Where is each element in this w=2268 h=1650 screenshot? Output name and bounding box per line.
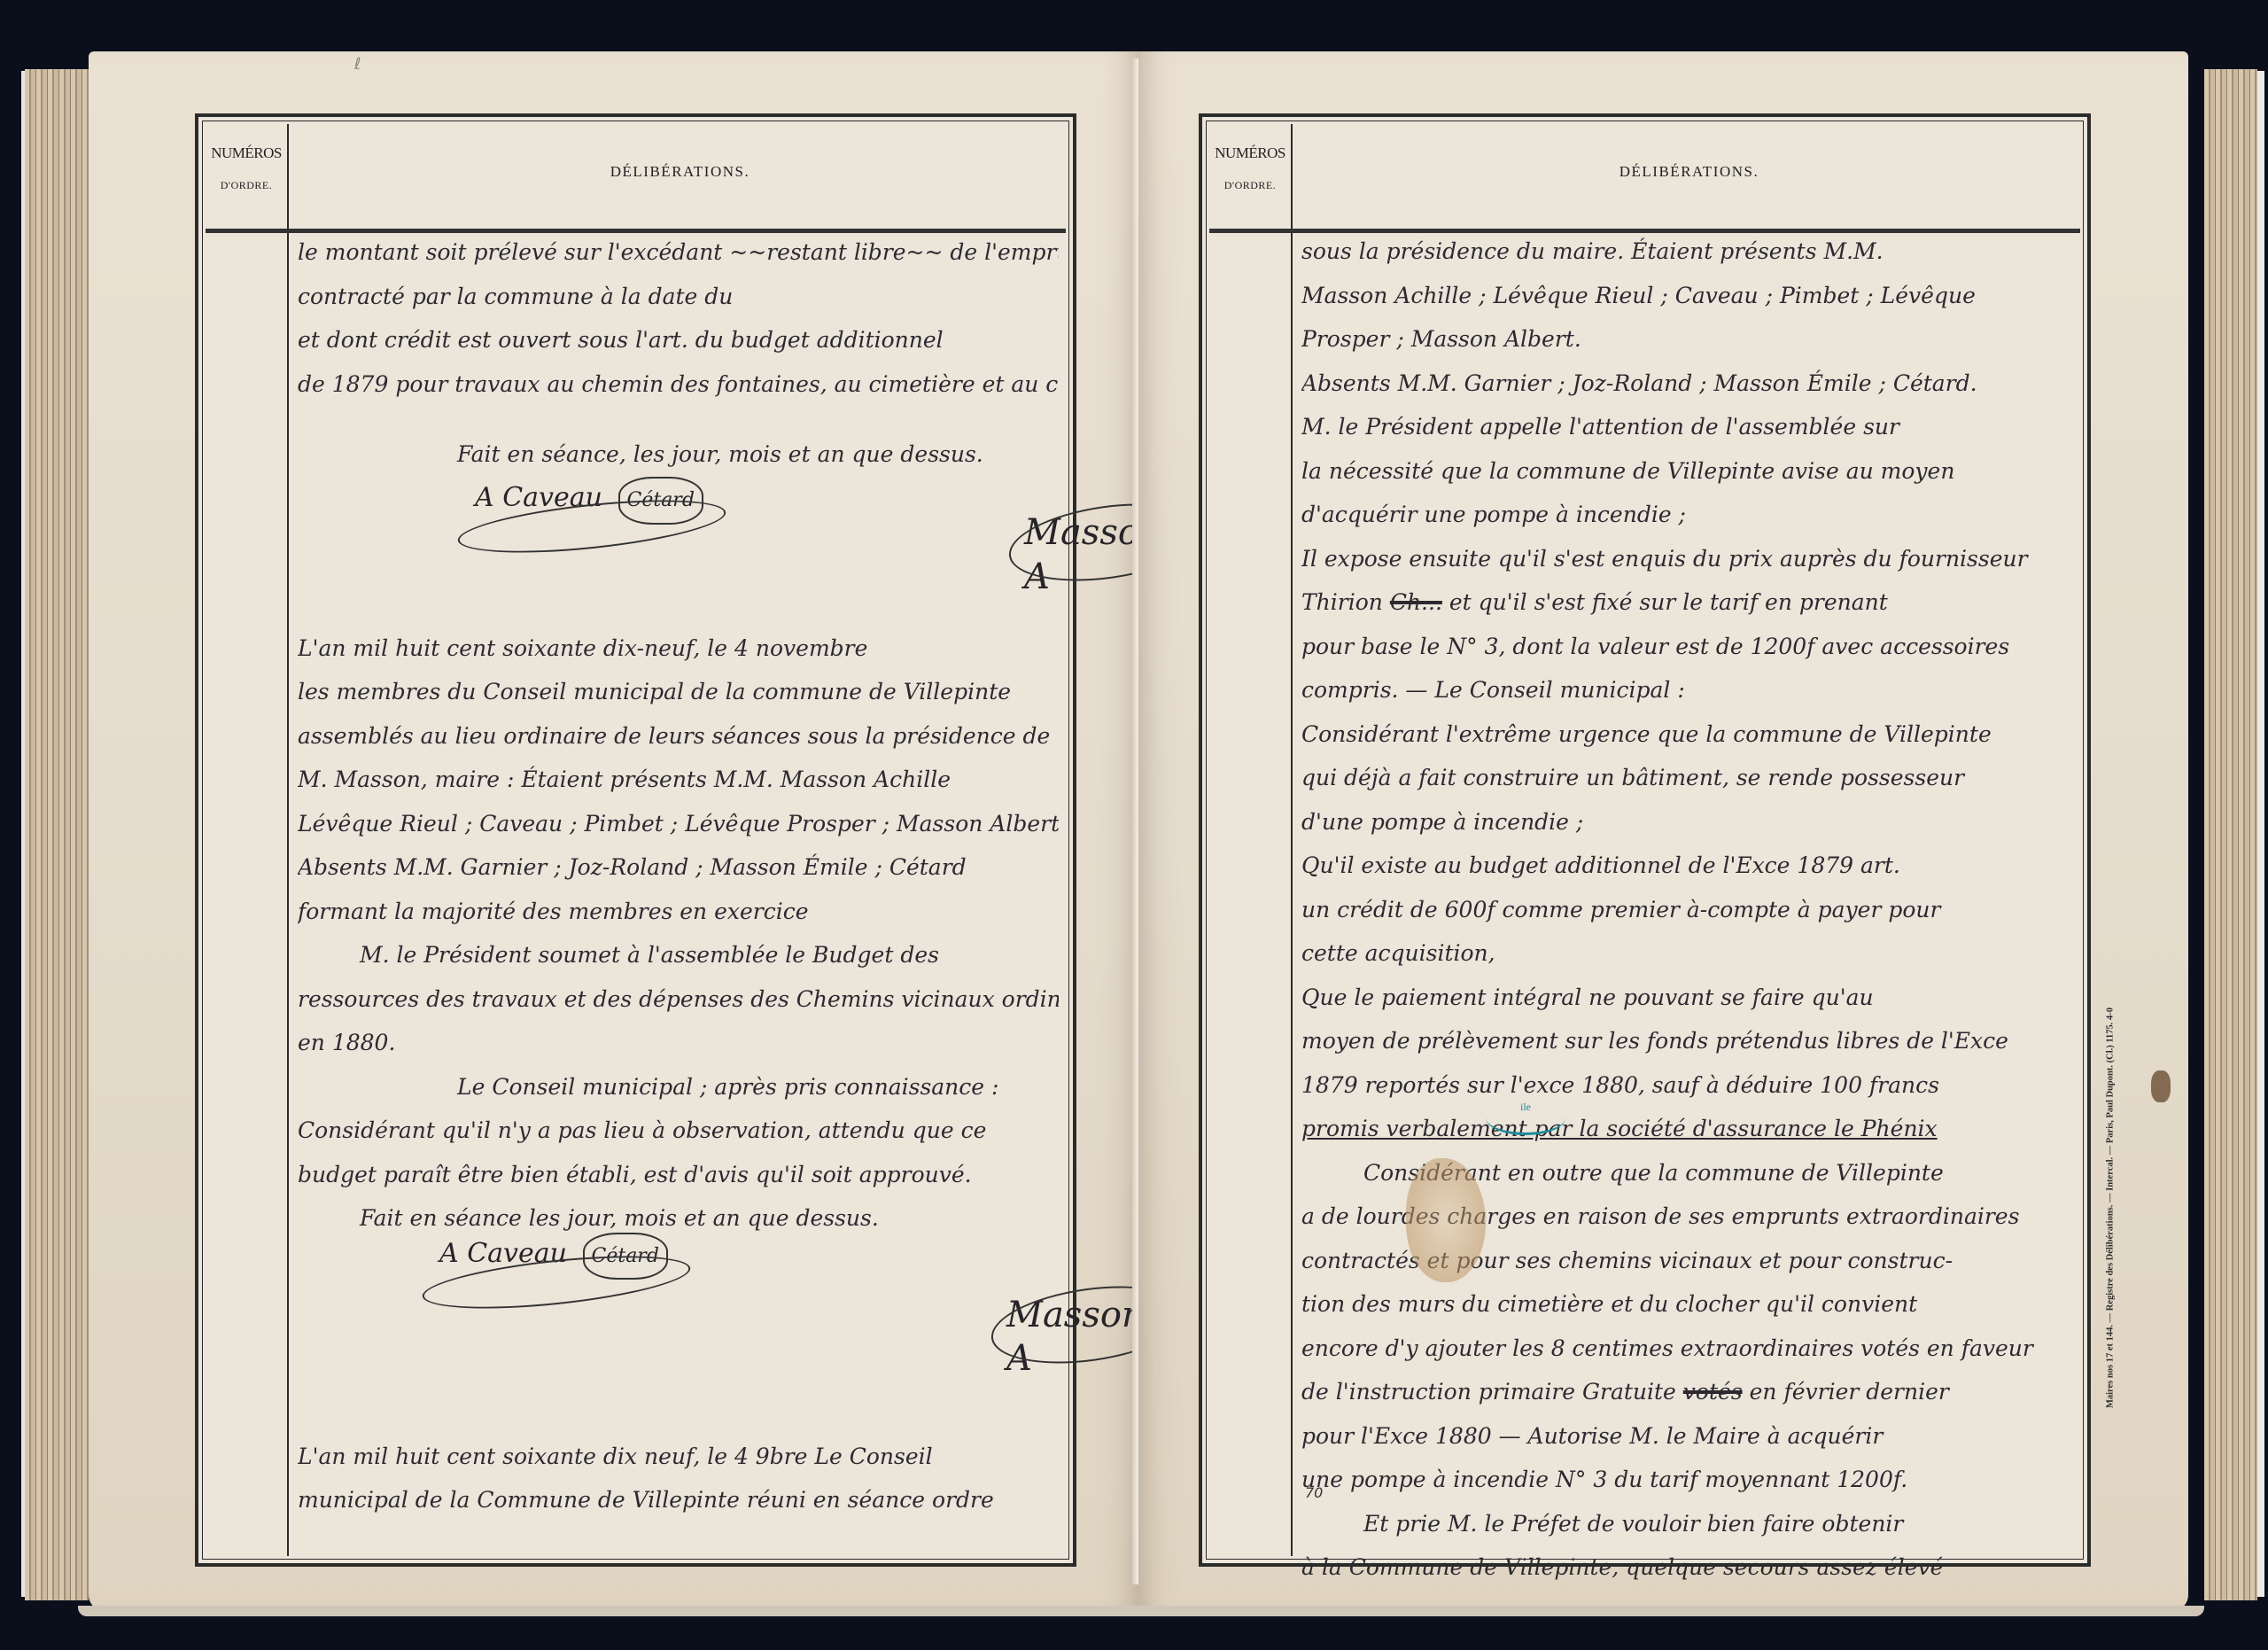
handwritten-line: L'an mil huit cent soixante dix neuf, le… xyxy=(298,1435,1059,1479)
handwritten-line: Considérant l'extrême urgence que la com… xyxy=(1301,713,2073,758)
handwritten-line: assemblés au lieu ordinaire de leurs séa… xyxy=(298,714,1059,759)
handwritten-line: pour base le N° 3, dont la valeur est de… xyxy=(1301,626,2073,670)
handwritten-line: les membres du Conseil municipal de la c… xyxy=(298,670,1059,714)
handwritten-line: Il expose ensuite qu'il s'est enquis du … xyxy=(1301,538,2073,582)
numeros-header: NUMÉROS D'ORDRE. xyxy=(206,145,287,191)
handwritten-line: Et prie M. le Préfet de vouloir bien fai… xyxy=(1301,1503,2073,1547)
handwritten-line: Que le paiement intégral ne pouvant se f… xyxy=(1301,977,2073,1021)
handwritten-line: pour l'Exce 1880 — Autorise M. le Maire … xyxy=(1301,1415,2073,1459)
handwritten-line: une pompe à incendie N° 3 du tarif moyen… xyxy=(1301,1459,2073,1503)
handwritten-line: Considérant qu'il n'y a pas lieu à obser… xyxy=(298,1109,1059,1153)
handwritten-line: formant la majorité des membres en exerc… xyxy=(298,890,1059,934)
handwritten-line: Qu'il existe au budget additionnel de l'… xyxy=(1301,844,2073,889)
deliberations-header: DÉLIBÉRATIONS. xyxy=(294,163,1066,181)
left-page: ℓ NUMÉROS D'ORDRE. DÉLIBÉRATIONS. le mon… xyxy=(89,51,1138,1611)
right-page-ruled-frame: NUMÉROS D'ORDRE. DÉLIBÉRATIONS. sous la … xyxy=(1199,113,2091,1567)
handwritten-line: Lévêque Rieul ; Caveau ; Pimbet ; Lévêqu… xyxy=(298,802,1059,846)
closing-formula: Fait en séance les jour, mois et an que … xyxy=(298,1196,1059,1241)
signature-block: A Caveau Cétard Masson A xyxy=(298,1241,1059,1347)
handwritten-line: le montant soit prélevé sur l'excédant ~… xyxy=(298,230,1059,275)
handwritten-line: et dont crédit est ouvert sous l'art. du… xyxy=(298,318,1059,362)
right-page: NUMÉROS D'ORDRE. DÉLIBÉRATIONS. sous la … xyxy=(1138,51,2188,1611)
handwritten-line: compris. — Le Conseil municipal : xyxy=(1301,669,2073,713)
right-page-header: NUMÉROS D'ORDRE. DÉLIBÉRATIONS. xyxy=(1209,124,2080,233)
folio-number: 70 xyxy=(1305,1484,1323,1501)
handwritten-line: Absents M.M. Garnier ; Joz-Roland ; Mass… xyxy=(298,845,1059,890)
handwritten-line: M. Masson, maire : Étaient présents M.M.… xyxy=(298,758,1059,802)
handwritten-line: L'an mil huit cent soixante dix-neuf, le… xyxy=(298,627,1059,671)
numeros-header: NUMÉROS D'ORDRE. xyxy=(1209,145,1291,191)
handwritten-line: budget paraît être bien établi, est d'av… xyxy=(298,1153,1059,1197)
d-ordre-label: D'ORDRE. xyxy=(1209,180,1291,191)
handwritten-line: Prosper ; Masson Albert. xyxy=(1301,318,2073,362)
left-page-stack xyxy=(25,69,89,1600)
printer-imprint: Maires nos 17 et 144. — Registre des Dél… xyxy=(2101,920,2119,1496)
handwritten-line: M. le Président soumet à l'assemblée le … xyxy=(298,933,1059,977)
page-bottom-edge xyxy=(78,1606,2204,1616)
handwritten-line: la nécessité que la commune de Villepint… xyxy=(1301,450,2073,494)
handwritten-line: sous la présidence du maire. Étaient pré… xyxy=(1301,230,2073,275)
handwritten-line: en 1880. xyxy=(298,1021,1059,1065)
d-ordre-label: D'ORDRE. xyxy=(206,180,287,191)
signature-masson: Masson A xyxy=(1006,1294,1145,1381)
handwritten-line: à la Commune de Villepinte, quelque seco… xyxy=(1301,1546,2073,1591)
deliberations-header: DÉLIBÉRATIONS. xyxy=(1298,163,2080,181)
signature-block: A Caveau Cétard Masson A xyxy=(298,476,1059,582)
foxing-spot xyxy=(2151,1070,2171,1102)
right-page-stack xyxy=(2204,69,2257,1600)
signature-caveau: A Caveau Cétard xyxy=(475,476,703,525)
numeros-column xyxy=(206,124,289,1556)
struck-word: votés xyxy=(1683,1379,1743,1405)
handwritten-line: ressources des travaux et des dépenses d… xyxy=(298,977,1059,1022)
handwritten-line: d'acquérir une pompe à incendie ; xyxy=(1301,494,2073,538)
blue-ink-mark: ile xyxy=(1486,1101,1565,1135)
handwritten-line: Le Conseil municipal ; après pris connai… xyxy=(298,1065,1059,1109)
handwritten-line: cette acquisition, xyxy=(1301,932,2073,977)
handwritten-line: de l'instruction primaire Gratuite votés… xyxy=(1301,1371,2073,1415)
handwritten-line: promis verbalement par la société d'assu… xyxy=(1301,1108,2073,1152)
handwritten-line: contracté par la commune à la date du xyxy=(298,275,1059,319)
open-ledger-book: ℓ NUMÉROS D'ORDRE. DÉLIBÉRATIONS. le mon… xyxy=(25,51,2257,1611)
handwritten-line: municipal de la Commune de Villepinte ré… xyxy=(298,1478,1059,1522)
left-page-header: NUMÉROS D'ORDRE. DÉLIBÉRATIONS. xyxy=(206,124,1066,233)
handwritten-line: un crédit de 600f comme premier à-compte… xyxy=(1301,889,2073,933)
handwritten-line: Absents M.M. Garnier ; Joz-Roland ; Mass… xyxy=(1301,362,2073,407)
numeros-column xyxy=(1209,124,1293,1556)
handwritten-line: d'une pompe à incendie ; xyxy=(1301,801,2073,845)
handwritten-line: Masson Achille ; Lévêque Rieul ; Caveau … xyxy=(1301,275,2073,319)
signature-caveau: A Caveau Cétard xyxy=(439,1232,668,1280)
closing-formula: Fait en séance, les jour, mois et an que… xyxy=(298,432,1059,477)
handwritten-line: moyen de prélèvement sur les fonds préte… xyxy=(1301,1020,2073,1064)
handwritten-line: qui déjà a fait construire un bâtiment, … xyxy=(1301,757,2073,801)
handwritten-line: 1879 reportés sur l'exce 1880, sauf à dé… xyxy=(1301,1064,2073,1109)
handwritten-line: tion des murs du cimetière et du clocher… xyxy=(1301,1283,2073,1327)
numeros-label: NUMÉROS xyxy=(1215,144,1285,161)
right-page-handwriting: sous la présidence du maire. Étaient pré… xyxy=(1301,230,2073,1545)
handwritten-line: encore d'y ajouter les 8 centimes extrao… xyxy=(1301,1327,2073,1372)
numeros-label: NUMÉROS xyxy=(211,144,282,161)
struck-word: Ch... xyxy=(1390,589,1442,615)
handwritten-line: de 1879 pour travaux au chemin des fonta… xyxy=(298,362,1059,407)
left-page-ruled-frame: NUMÉROS D'ORDRE. DÉLIBÉRATIONS. le monta… xyxy=(195,113,1076,1567)
pencil-mark: ℓ xyxy=(354,55,361,74)
left-page-handwriting: le montant soit prélevé sur l'excédant ~… xyxy=(298,230,1059,1545)
handwritten-line: Thirion Ch... et qu'il s'est fixé sur le… xyxy=(1301,581,2073,626)
handwritten-line: M. le Président appelle l'attention de l… xyxy=(1301,406,2073,450)
water-stain xyxy=(1406,1158,1486,1282)
